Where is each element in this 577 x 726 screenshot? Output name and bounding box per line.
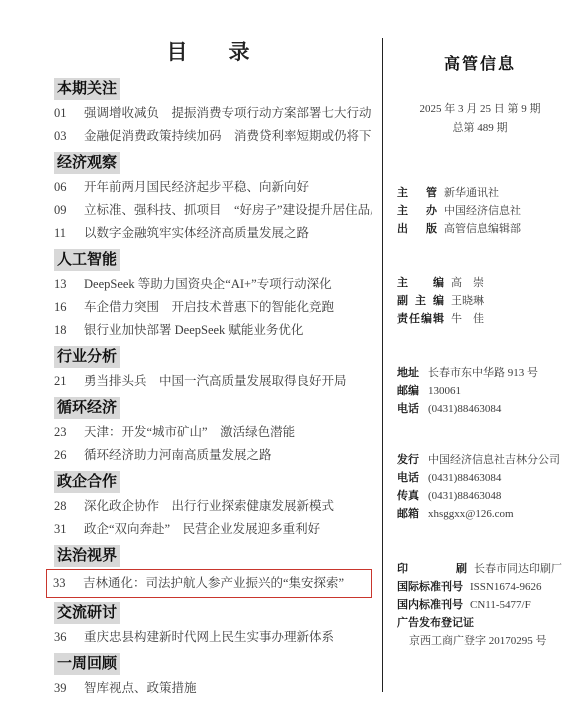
toc-item-page: 21	[54, 370, 74, 393]
row-value: 新华通讯社	[444, 184, 499, 202]
contact-block: 地址 长春市东中华路 913 号 邮编 130061 电话 (0431)8846…	[397, 364, 563, 418]
row-value: (0431)88463048	[428, 487, 501, 505]
row-value: 高 崇	[451, 274, 484, 292]
section-rengongzhineng: 人工智能	[54, 249, 372, 271]
toc-item-title: 开年前两月国民经济起步平稳、向新向好	[84, 176, 372, 199]
section-header: 人工智能	[54, 249, 120, 271]
section-zhengqihezuo: 政企合作	[54, 471, 372, 493]
masthead-row: 传真 (0431)88463048	[397, 487, 563, 505]
section-benqiguanzhu: 本期关注	[54, 78, 372, 100]
row-label: 电话	[397, 400, 421, 418]
row-value: ISSN1674-9626	[470, 578, 542, 596]
row-label: 国内标准刊号	[397, 596, 463, 614]
toc-item-title: 强调增收减负 提振消费专项行动方案部署七大行动	[84, 102, 372, 125]
toc-item-page: 28	[54, 495, 74, 518]
row-label: 主办	[397, 202, 437, 220]
toc-item: 39 智库视点、政策措施	[54, 677, 372, 700]
section-header: 经济观察	[54, 152, 120, 174]
issue-number: 总第 489 期	[397, 119, 563, 138]
toc-item-page: 09	[54, 199, 74, 222]
toc-page: 目 录 本期关注 01 强调增收减负 提振消费专项行动方案部署七大行动 03 金…	[0, 0, 577, 726]
row-value: 长春市东中华路 913 号	[428, 364, 538, 382]
section-xunhuanjingji: 循环经济	[54, 397, 372, 419]
row-value: xhsggxx@126.com	[428, 505, 514, 523]
page-title: 目 录	[54, 36, 372, 66]
row-value: (0431)88463084	[428, 469, 501, 487]
masthead-row: 责任编辑 牛 佳	[397, 310, 563, 328]
masthead-row: 广告发布登记证	[397, 614, 563, 632]
toc-item-page: 01	[54, 102, 74, 125]
masthead-row: 主办 中国经济信息社	[397, 202, 563, 220]
toc-item: 06 开年前两月国民经济起步平稳、向新向好	[54, 176, 372, 199]
toc-item: 01 强调增收减负 提振消费专项行动方案部署七大行动	[54, 102, 372, 125]
row-label: 副主编	[397, 292, 444, 310]
distribution-block: 发行 中国经济信息社吉林分公司 电话 (0431)88463084 传真 (04…	[397, 451, 563, 523]
toc-item-page: 33	[53, 572, 73, 595]
masthead-row: 国际标准刊号 ISSN1674-9626	[397, 578, 563, 596]
toc-item-page: 31	[54, 518, 74, 541]
toc-item-title: 吉林通化：司法护航人参产业振兴的“集安探索”	[83, 572, 367, 595]
toc-item-title: 金融促消费政策持续加码 消费贷利率短期或仍将下行	[84, 125, 372, 148]
masthead-row: 主管 新华通讯社	[397, 184, 563, 202]
toc-item: 09 立标准、强科技、抓项目 “好房子”建设提升居住品质	[54, 199, 372, 222]
row-label: 国际标准刊号	[397, 578, 463, 596]
masthead-column: 高管信息 2025 年 3 月 25 日 第 9 期 总第 489 期 主管 新…	[383, 36, 563, 726]
toc-item-title: 深化政企协作 出行行业探索健康发展新模式	[84, 495, 372, 518]
section-header: 法治视界	[54, 545, 120, 567]
toc-item: 21 勇当排头兵 中国一汽高质量发展取得良好开局	[54, 370, 372, 393]
toc-item-page: 39	[54, 677, 74, 700]
toc-item-title: 天津：开发“城市矿山” 激活绿色潜能	[84, 421, 372, 444]
row-value: 牛 佳	[451, 310, 484, 328]
row-label: 广告发布登记证	[397, 614, 474, 632]
row-label: 传真	[397, 487, 421, 505]
row-label: 电话	[397, 469, 421, 487]
row-value: (0431)88463084	[428, 400, 501, 418]
section-fazhishijie: 法治视界	[54, 545, 372, 567]
masthead-row: 京西工商广登字 20170295 号	[397, 632, 563, 650]
row-label: 印刷	[397, 560, 467, 578]
toc-item-title: 循环经济助力河南高质量发展之路	[84, 444, 372, 467]
section-header: 行业分析	[54, 346, 120, 368]
section-header: 循环经济	[54, 397, 120, 419]
masthead-row: 印刷 长春市同达印刷厂	[397, 560, 563, 578]
toc-item: 28 深化政企协作 出行行业探索健康发展新模式	[54, 495, 372, 518]
toc-item-title: 银行业加快部署 DeepSeek 赋能业务优化	[84, 319, 372, 342]
toc-item: 16 车企借力突围 开启技术普惠下的智能化竞跑	[54, 296, 372, 319]
section-header: 交流研讨	[54, 602, 120, 624]
toc-item-title: 政企“双向奔赴” 民营企业发展迎多重利好	[84, 518, 372, 541]
masthead-row: 邮编 130061	[397, 382, 563, 400]
row-value: CN11-5477/F	[470, 596, 531, 614]
row-value: 王晓琳	[451, 292, 484, 310]
toc-item-title: DeepSeek 等助力国资央企“AI+”专项行动深化	[84, 273, 372, 296]
section-header: 本期关注	[54, 78, 120, 100]
masthead-row: 副主编 王晓琳	[397, 292, 563, 310]
row-label: 邮编	[397, 382, 421, 400]
section-jingjiguancha: 经济观察	[54, 152, 372, 174]
toc-item-title: 以数字金融筑牢实体经济高质量发展之路	[84, 222, 372, 245]
toc-item-highlighted: 33 吉林通化：司法护航人参产业振兴的“集安探索”	[46, 569, 372, 598]
row-value: 长春市同达印刷厂	[474, 560, 562, 578]
toc-item-title: 重庆忠县构建新时代网上民生实事办理新体系	[84, 626, 372, 649]
row-value: 高管信息编辑部	[444, 220, 521, 238]
toc-item-title: 车企借力突围 开启技术普惠下的智能化竞跑	[84, 296, 372, 319]
print-block: 印刷 长春市同达印刷厂 国际标准刊号 ISSN1674-9626 国内标准刊号 …	[397, 560, 563, 650]
toc-item: 18 银行业加快部署 DeepSeek 赋能业务优化	[54, 319, 372, 342]
section-hangyefenxi: 行业分析	[54, 346, 372, 368]
toc-item: 23 天津：开发“城市矿山” 激活绿色潜能	[54, 421, 372, 444]
toc-item: 36 重庆忠县构建新时代网上民生实事办理新体系	[54, 626, 372, 649]
toc-item-page: 13	[54, 273, 74, 296]
row-label: 邮箱	[397, 505, 421, 523]
row-value: 130061	[428, 382, 461, 400]
issue-info: 2025 年 3 月 25 日 第 9 期 总第 489 期	[397, 100, 563, 138]
row-label: 责任编辑	[397, 310, 444, 328]
toc-item: 31 政企“双向奔赴” 民营企业发展迎多重利好	[54, 518, 372, 541]
toc-item-page: 26	[54, 444, 74, 467]
masthead-row: 发行 中国经济信息社吉林分公司	[397, 451, 563, 469]
section-header: 政企合作	[54, 471, 120, 493]
section-header: 一周回顾	[54, 653, 120, 675]
row-value: 京西工商广登字 20170295 号	[409, 632, 547, 650]
issue-date: 2025 年 3 月 25 日 第 9 期	[397, 100, 563, 119]
masthead-row: 国内标准刊号 CN11-5477/F	[397, 596, 563, 614]
toc-item-title: 智库视点、政策措施	[84, 677, 372, 700]
toc-item-page: 16	[54, 296, 74, 319]
editor-block: 主编 高 崇 副主编 王晓琳 责任编辑 牛 佳	[397, 274, 563, 328]
masthead-row: 出版 高管信息编辑部	[397, 220, 563, 238]
publisher-block: 主管 新华通讯社 主办 中国经济信息社 出版 高管信息编辑部	[397, 184, 563, 238]
toc-item-page: 03	[54, 125, 74, 148]
row-value: 中国经济信息社吉林分公司	[428, 451, 560, 469]
toc-item-page: 36	[54, 626, 74, 649]
masthead-row: 电话 (0431)88463084	[397, 400, 563, 418]
toc-column: 目 录 本期关注 01 强调增收减负 提振消费专项行动方案部署七大行动 03 金…	[54, 36, 372, 726]
toc-item: 11 以数字金融筑牢实体经济高质量发展之路	[54, 222, 372, 245]
masthead-row: 邮箱 xhsggxx@126.com	[397, 505, 563, 523]
row-value: 中国经济信息社	[444, 202, 521, 220]
row-label: 发行	[397, 451, 421, 469]
toc-item-page: 06	[54, 176, 74, 199]
masthead-row: 电话 (0431)88463084	[397, 469, 563, 487]
section-jiaoliuyantao: 交流研讨	[54, 602, 372, 624]
toc-item-page: 11	[54, 222, 74, 245]
row-label: 主管	[397, 184, 437, 202]
row-label: 地址	[397, 364, 421, 382]
toc-item: 03 金融促消费政策持续加码 消费贷利率短期或仍将下行	[54, 125, 372, 148]
toc-item-page: 18	[54, 319, 74, 342]
publication-title: 高管信息	[397, 56, 563, 74]
toc-item: 13 DeepSeek 等助力国资央企“AI+”专项行动深化	[54, 273, 372, 296]
section-yizhouhuigu: 一周回顾	[54, 653, 372, 675]
masthead-row: 地址 长春市东中华路 913 号	[397, 364, 563, 382]
row-label: 主编	[397, 274, 444, 292]
toc-item: 26 循环经济助力河南高质量发展之路	[54, 444, 372, 467]
toc-item-page: 23	[54, 421, 74, 444]
masthead-row: 主编 高 崇	[397, 274, 563, 292]
row-label: 出版	[397, 220, 437, 238]
toc-item-title: 立标准、强科技、抓项目 “好房子”建设提升居住品质	[84, 199, 372, 222]
toc-item-title: 勇当排头兵 中国一汽高质量发展取得良好开局	[84, 370, 372, 393]
